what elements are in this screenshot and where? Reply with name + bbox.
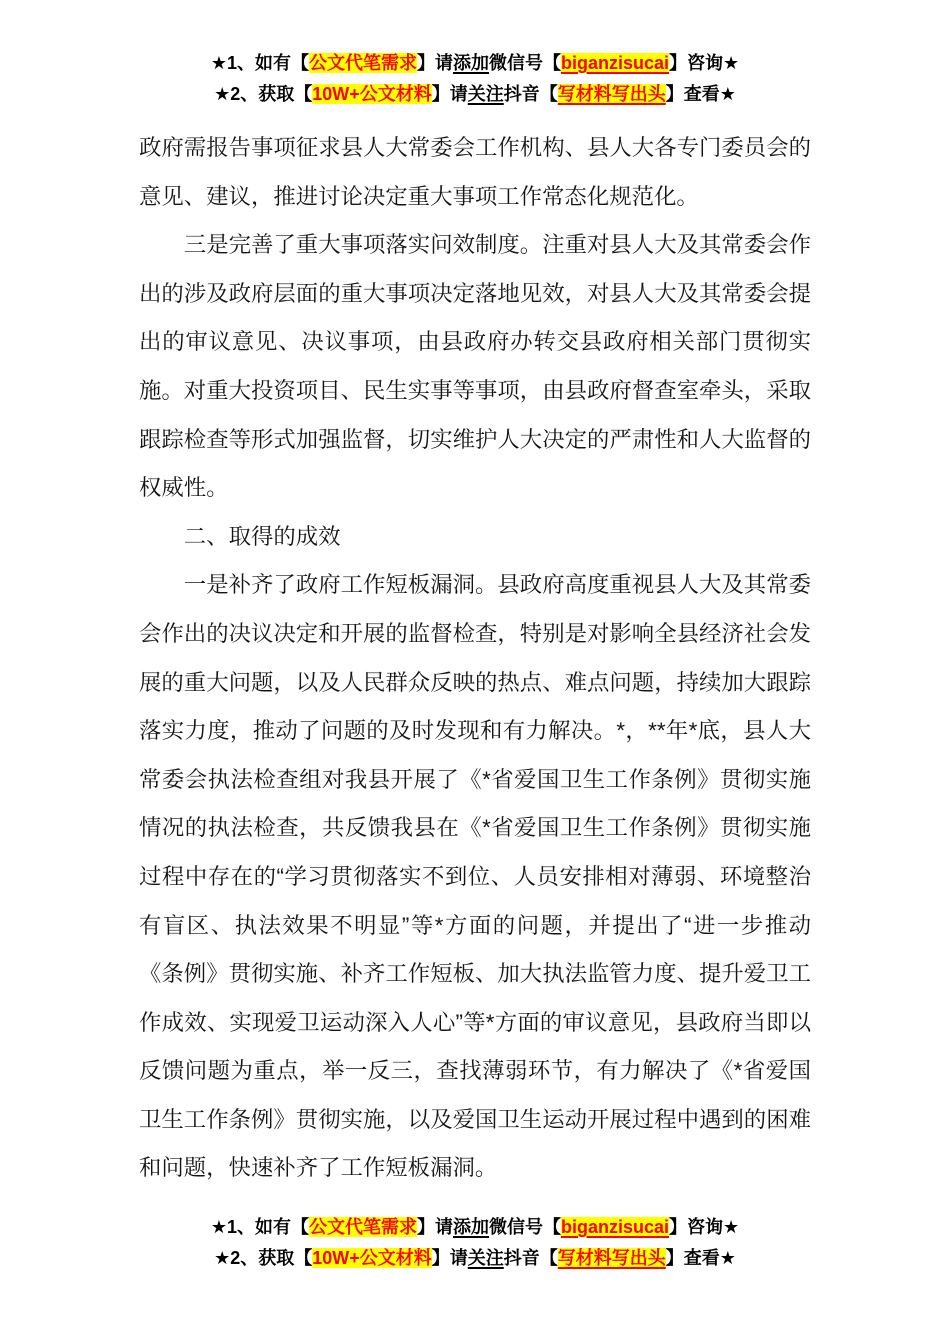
document-page: ★1、如有【公文代笔需求】请添加微信号【biganzisucai】咨询★ ★2、… bbox=[0, 0, 950, 1344]
promo-segment: 写材料写出头 bbox=[558, 1248, 666, 1268]
promo-segment: 微信号【 bbox=[489, 1217, 561, 1237]
promo-segment: 10W+公文材料 bbox=[312, 1248, 432, 1268]
promo-footer-line-1: ★1、如有【公文代笔需求】请添加微信号【biganzisucai】咨询★ bbox=[139, 1212, 811, 1243]
document-body: 政府需报告事项征求县人大常委会工作机构、县人大各专门委员会的意见、建议，推进讨论… bbox=[139, 124, 811, 1193]
promo-footer: ★1、如有【公文代笔需求】请添加微信号【biganzisucai】咨询★ ★2、… bbox=[139, 1212, 811, 1274]
promo-header: ★1、如有【公文代笔需求】请添加微信号【biganzisucai】咨询★ ★2、… bbox=[139, 48, 811, 110]
promo-segment: 】查看★ bbox=[666, 84, 736, 104]
promo-segment: 】咨询★ bbox=[669, 53, 739, 73]
promo-segment: 公文代笔需求 bbox=[309, 53, 417, 73]
promo-segment: 】咨询★ bbox=[669, 1217, 739, 1237]
promo-segment: 】请 bbox=[432, 1248, 468, 1268]
promo-segment: 公文代笔需求 bbox=[309, 1217, 417, 1237]
promo-segment: 】查看★ bbox=[666, 1248, 736, 1268]
promo-segment: ★1、如有【 bbox=[211, 53, 309, 73]
promo-segment: ★1、如有【 bbox=[211, 1217, 309, 1237]
promo-segment: 微信号【 bbox=[489, 53, 561, 73]
promo-segment: 10W+公文材料 bbox=[312, 84, 432, 104]
promo-segment: ★2、获取【 bbox=[214, 1248, 312, 1268]
promo-segment: biganzisucai bbox=[561, 53, 669, 73]
promo-segment: biganzisucai bbox=[561, 1217, 669, 1237]
promo-segment: 】请 bbox=[432, 84, 468, 104]
promo-header-line-1: ★1、如有【公文代笔需求】请添加微信号【biganzisucai】咨询★ bbox=[139, 48, 811, 79]
body-paragraph: 政府需报告事项征求县人大常委会工作机构、县人大各专门委员会的意见、建议，推进讨论… bbox=[139, 124, 811, 221]
promo-segment: 写材料写出头 bbox=[558, 84, 666, 104]
promo-segment: 添加 bbox=[453, 1217, 489, 1237]
body-paragraph: 二、取得的成效 bbox=[139, 513, 811, 562]
body-paragraph: 三是完善了重大事项落实问效制度。注重对县人大及其常委会作出的涉及政府层面的重大事… bbox=[139, 221, 811, 513]
promo-segment: ★2、获取【 bbox=[214, 84, 312, 104]
promo-segment: 抖音【 bbox=[504, 84, 558, 104]
promo-segment: 添加 bbox=[453, 53, 489, 73]
promo-segment: 关注 bbox=[468, 1248, 504, 1268]
promo-header-line-2: ★2、获取【10W+公文材料】请关注抖音【写材料写出头】查看★ bbox=[139, 79, 811, 110]
promo-segment: 】请 bbox=[417, 53, 453, 73]
promo-segment: 抖音【 bbox=[504, 1248, 558, 1268]
promo-segment: 关注 bbox=[468, 84, 504, 104]
promo-segment: 】请 bbox=[417, 1217, 453, 1237]
promo-footer-line-2: ★2、获取【10W+公文材料】请关注抖音【写材料写出头】查看★ bbox=[139, 1243, 811, 1274]
body-paragraph: 一是补齐了政府工作短板漏洞。县政府高度重视县人大及其常委会作出的决议决定和开展的… bbox=[139, 561, 811, 1193]
